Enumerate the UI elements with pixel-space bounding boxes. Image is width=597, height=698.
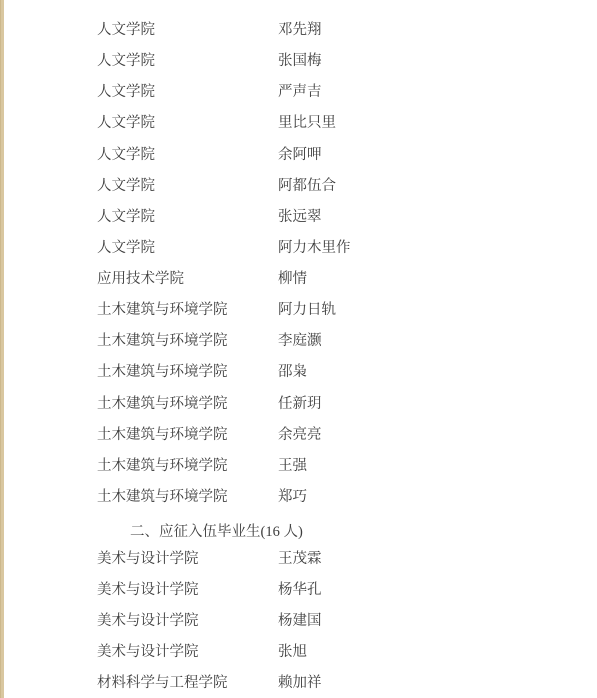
college-cell: 土木建筑与环境学院 <box>97 489 228 506</box>
college-cell: 人文学院 <box>97 147 155 164</box>
table-row: 土木建筑与环境学院 阿力日轨 <box>0 302 597 319</box>
table-row: 人文学院 邓先翔 <box>0 22 597 39</box>
college-cell: 美术与设计学院 <box>97 613 199 630</box>
table-row: 人文学院 阿都伍合 <box>0 178 597 195</box>
college-cell: 土木建筑与环境学院 <box>97 364 228 381</box>
table-row: 人文学院 张国梅 <box>0 53 597 70</box>
table-row: 土木建筑与环境学院 任新玥 <box>0 396 597 413</box>
college-cell: 材料科学与工程学院 <box>97 675 228 692</box>
table-row: 人文学院 张远翠 <box>0 209 597 226</box>
document-page: 人文学院 邓先翔 人文学院 张国梅 人文学院 严声吉 人文学院 里比只里 人文学… <box>0 0 597 698</box>
name-cell: 王强 <box>278 458 307 475</box>
table-row: 土木建筑与环境学院 余亮亮 <box>0 427 597 444</box>
name-cell: 阿力日轨 <box>278 302 336 319</box>
name-cell: 柳情 <box>278 271 307 288</box>
name-cell: 赖加祥 <box>278 675 322 692</box>
name-cell: 阿力木里作 <box>278 240 351 257</box>
college-cell: 土木建筑与环境学院 <box>97 427 228 444</box>
name-cell: 邓先翔 <box>278 22 322 39</box>
table-row: 人文学院 阿力木里作 <box>0 240 597 257</box>
college-cell: 美术与设计学院 <box>97 582 199 599</box>
college-cell: 人文学院 <box>97 178 155 195</box>
college-cell: 美术与设计学院 <box>97 644 199 661</box>
college-cell: 应用技术学院 <box>97 271 184 288</box>
table-row: 人文学院 严声吉 <box>0 84 597 101</box>
table-row: 土木建筑与环境学院 郑巧 <box>0 489 597 506</box>
table-row: 材料科学与工程学院 赖加祥 <box>0 675 597 692</box>
table-row: 土木建筑与环境学院 李庭灏 <box>0 333 597 350</box>
college-cell: 美术与设计学院 <box>97 551 199 568</box>
name-cell: 张国梅 <box>278 53 322 70</box>
table-row: 土木建筑与环境学院 邵枭 <box>0 364 597 381</box>
college-cell: 土木建筑与环境学院 <box>97 302 228 319</box>
name-cell: 里比只里 <box>278 115 336 132</box>
college-cell: 人文学院 <box>97 22 155 39</box>
table-row: 应用技术学院 柳情 <box>0 271 597 288</box>
table-row: 人文学院 里比只里 <box>0 115 597 132</box>
college-cell: 人文学院 <box>97 84 155 101</box>
name-cell: 严声吉 <box>278 84 322 101</box>
college-cell: 土木建筑与环境学院 <box>97 333 228 350</box>
name-cell: 杨华孔 <box>278 582 322 599</box>
table-row: 美术与设计学院 张旭 <box>0 644 597 661</box>
table-row: 美术与设计学院 王茂霖 <box>0 551 597 568</box>
college-cell: 人文学院 <box>97 115 155 132</box>
name-cell: 杨建国 <box>278 613 322 630</box>
college-cell: 人文学院 <box>97 240 155 257</box>
table-row: 美术与设计学院 杨建国 <box>0 613 597 630</box>
table-row: 土木建筑与环境学院 王强 <box>0 458 597 475</box>
table-row: 人文学院 余阿呷 <box>0 147 597 164</box>
name-cell: 余阿呷 <box>278 147 322 164</box>
name-cell: 李庭灏 <box>278 333 322 350</box>
college-cell: 人文学院 <box>97 53 155 70</box>
college-cell: 土木建筑与环境学院 <box>97 458 228 475</box>
name-cell: 任新玥 <box>278 396 322 413</box>
name-cell: 阿都伍合 <box>278 178 336 195</box>
table-row: 美术与设计学院 杨华孔 <box>0 582 597 599</box>
name-cell: 张远翠 <box>278 209 322 226</box>
section-header: 二、应征入伍毕业生(16 人) <box>130 523 303 541</box>
name-cell: 郑巧 <box>278 489 307 506</box>
name-cell: 邵枭 <box>278 364 307 381</box>
name-cell: 张旭 <box>278 644 307 661</box>
college-cell: 人文学院 <box>97 209 155 226</box>
college-cell: 土木建筑与环境学院 <box>97 396 228 413</box>
name-cell: 王茂霖 <box>278 551 322 568</box>
name-cell: 余亮亮 <box>278 427 322 444</box>
